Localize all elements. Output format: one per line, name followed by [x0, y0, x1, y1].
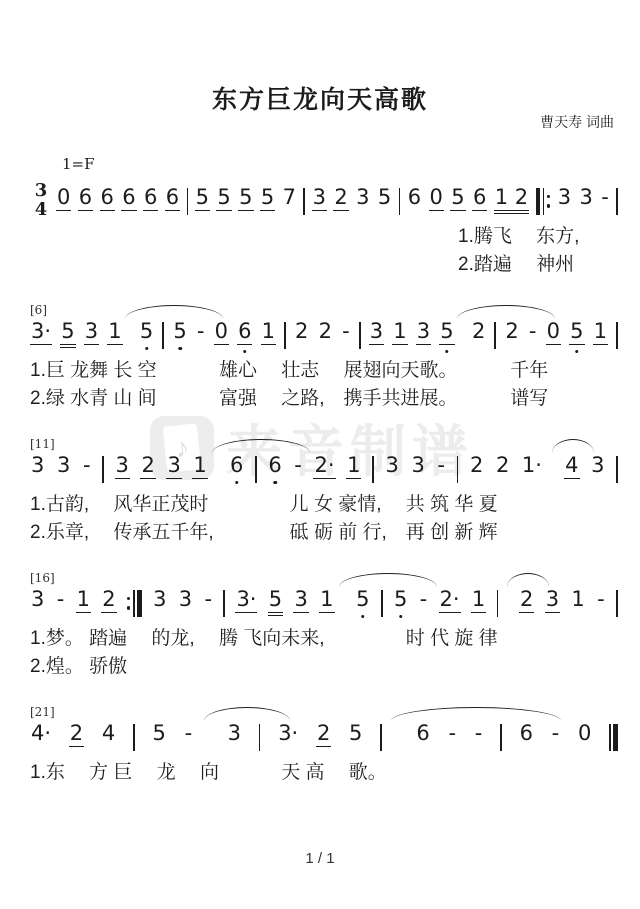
- note: 2: [469, 453, 484, 477]
- rest-note: 0: [429, 185, 444, 211]
- note: 6: [267, 453, 282, 477]
- barline: [616, 320, 618, 350]
- note: 5: [216, 185, 231, 211]
- note: 6: [519, 721, 534, 745]
- note: 5: [450, 185, 465, 211]
- note: 6: [415, 721, 430, 745]
- lyric-row: 1.巨 龙舞 长 空 雄心 壮志 展翅向天歌。 千年: [30, 359, 618, 383]
- rest-note: 0: [214, 319, 229, 345]
- key-signature: 1=F: [62, 155, 95, 173]
- dash-note: -: [447, 721, 457, 745]
- note: 6: [78, 185, 93, 211]
- barline: [616, 454, 618, 484]
- note: 3: [355, 185, 370, 209]
- note: 6: [121, 185, 136, 211]
- note: 6: [229, 453, 244, 477]
- dash-note: -: [600, 185, 610, 209]
- dash-note: -: [82, 453, 92, 477]
- music-line: 3·53155-06122-313522-051: [30, 319, 618, 351]
- note: 3: [30, 453, 45, 477]
- dash-note: -: [203, 587, 213, 611]
- note: 1: [392, 319, 407, 345]
- note: 1: [107, 319, 122, 345]
- dash-note: -: [341, 319, 351, 343]
- barline: [494, 320, 496, 350]
- note: 2: [519, 587, 534, 613]
- note: 2: [504, 319, 519, 343]
- note: 3: [30, 587, 45, 611]
- note: 6: [100, 185, 115, 211]
- note: 5: [439, 319, 454, 345]
- note: 3: [369, 319, 384, 345]
- note: 3: [410, 453, 425, 477]
- repeat-end-barline: [127, 588, 142, 618]
- barline: [162, 320, 164, 350]
- barline: [284, 320, 286, 350]
- note: 3·: [277, 721, 299, 745]
- note: 3: [578, 185, 593, 209]
- note: 2: [318, 319, 333, 343]
- dash-note: -: [474, 721, 484, 745]
- note: 1: [346, 453, 361, 479]
- dash-note: -: [528, 319, 538, 343]
- note: 2: [471, 319, 486, 343]
- note: 6: [472, 185, 487, 211]
- score-system: [16]3-1233-3·53155-2·1231-1.梦。 踏遍 的龙, 腾 …: [30, 571, 618, 679]
- note: 5: [393, 587, 408, 611]
- barline: [187, 186, 189, 216]
- barline: [457, 454, 459, 484]
- repeat-dots: [127, 590, 131, 617]
- note: 1·: [521, 453, 543, 477]
- note: 5: [355, 587, 370, 611]
- note: 1 2: [494, 185, 529, 214]
- note: 1: [261, 319, 276, 345]
- note: 5: [377, 185, 392, 209]
- note: 3·: [30, 319, 52, 345]
- note: 3: [166, 453, 181, 479]
- dash-note: -: [596, 587, 606, 611]
- barline: [102, 454, 104, 484]
- barline: [616, 186, 618, 216]
- note: 3: [590, 453, 605, 477]
- dash-note: -: [551, 721, 561, 745]
- dash-note: -: [196, 319, 206, 343]
- lyric-row: 2.绿 水青 山 间 富强 之路, 携手共进展。 谱写: [30, 387, 618, 411]
- note: 6: [165, 185, 180, 211]
- lyric-row: 2.乐章, 传承五千年, 砥 砺 前 行, 再 创 新 辉: [30, 521, 618, 545]
- music-line: 4·245-33·256--6-0: [30, 721, 618, 753]
- note: 3: [384, 453, 399, 477]
- score-systems: 06666655557323560561 233-1.腾飞 东方,2.踏遍 神州…: [30, 185, 618, 811]
- barline: [223, 588, 225, 618]
- lyric-row: 2.煌。 骄傲: [30, 655, 618, 679]
- note: 3: [178, 587, 193, 611]
- note: 1: [593, 319, 608, 345]
- barline: [380, 722, 382, 752]
- music-line: 06666655557323560561 233-: [30, 185, 618, 217]
- note: 2·: [313, 453, 335, 479]
- composer-credit: 曹天寿 词曲: [540, 112, 614, 132]
- note: 5: [260, 185, 275, 211]
- note: 7: [282, 185, 297, 209]
- note: 5: [172, 319, 187, 343]
- note: 2: [316, 721, 331, 747]
- note: 5: [348, 721, 363, 745]
- note: 1: [471, 587, 486, 613]
- note: 3: [293, 587, 308, 613]
- barline: [399, 186, 401, 216]
- barline: [616, 588, 618, 618]
- lyric-row: 1.古韵, 风华正茂时 儿 女 豪情, 共 筑 华 夏: [30, 493, 618, 517]
- page-title: 东方巨龙向天高歌: [0, 80, 640, 116]
- note: 3: [115, 453, 130, 479]
- note: 5: [195, 185, 210, 211]
- note: 2·: [439, 587, 461, 613]
- dash-note: -: [436, 453, 446, 477]
- music-line: 33-323166-2·133-221·43: [30, 453, 618, 485]
- repeat-begin-barline: [536, 186, 551, 216]
- barline: [381, 588, 383, 618]
- dash-note: -: [419, 587, 429, 611]
- score-system: [11]33-323166-2·133-221·431.古韵, 风华正茂时 儿 …: [30, 437, 618, 545]
- note: 3: [545, 587, 560, 613]
- page-number: 1 / 1: [0, 850, 640, 867]
- measure-number-label: [11]: [30, 437, 618, 451]
- note: 3: [227, 721, 242, 745]
- rest-note: 0: [56, 185, 71, 211]
- note: 1: [76, 587, 91, 613]
- dash-note: -: [184, 721, 194, 745]
- note: 2: [495, 453, 510, 477]
- score-system: [21]4·245-33·256--6-01.东 方 巨 龙 向 天 高 歌。: [30, 705, 618, 785]
- note: 6: [143, 185, 158, 211]
- score-system: [6]3·53155-06122-313522-0511.巨 龙舞 长 空 雄心…: [30, 303, 618, 411]
- barline: [372, 454, 374, 484]
- note: 5: [268, 587, 283, 616]
- rest-note: 0: [577, 721, 592, 745]
- note: 2: [333, 185, 348, 211]
- rest-note: 0: [546, 319, 561, 345]
- note: 5: [238, 185, 253, 211]
- note: 4·: [30, 721, 52, 745]
- note: 1: [319, 587, 334, 613]
- note: 1: [570, 587, 585, 611]
- barline: [133, 722, 135, 752]
- note: 3: [416, 319, 431, 345]
- note: 6: [237, 319, 252, 345]
- lyric-row: 1.腾飞 东方,: [458, 225, 618, 249]
- note: 2: [69, 721, 84, 747]
- note: 6: [407, 185, 422, 209]
- score-system: 06666655557323560561 233-1.腾飞 东方,2.踏遍 神州: [30, 185, 618, 277]
- note: 3: [312, 185, 327, 211]
- note: 5: [569, 319, 584, 345]
- note: 5: [151, 721, 166, 745]
- final-barline: [609, 722, 618, 752]
- barline: [500, 722, 502, 752]
- note: 3: [557, 185, 572, 209]
- note: 3·: [235, 587, 257, 613]
- barline: [303, 186, 305, 216]
- barline: [259, 722, 261, 752]
- dash-note: -: [293, 453, 303, 477]
- note: 2: [294, 319, 309, 343]
- note: 2: [140, 453, 155, 479]
- note: 5: [60, 319, 75, 348]
- note: 2: [101, 587, 116, 613]
- note: 3: [56, 453, 71, 477]
- note: 5: [139, 319, 154, 343]
- music-line: 3-1233-3·53155-2·1231-: [30, 587, 618, 619]
- lyric-row: 1.东 方 巨 龙 向 天 高 歌。: [30, 761, 618, 785]
- barline: [497, 588, 499, 618]
- repeat-dots: [547, 188, 551, 215]
- note: 4: [101, 721, 116, 745]
- note: 4: [564, 453, 579, 479]
- barline: [255, 454, 257, 484]
- lyric-row: 1.梦。 踏遍 的龙, 腾 飞向未来, 时 代 旋 律: [30, 627, 618, 651]
- note: 1: [192, 453, 207, 479]
- lyric-row: 2.踏遍 神州: [458, 253, 618, 277]
- dash-note: -: [56, 587, 66, 611]
- barline: [359, 320, 361, 350]
- note: 3: [84, 319, 99, 345]
- note: 3: [152, 587, 167, 611]
